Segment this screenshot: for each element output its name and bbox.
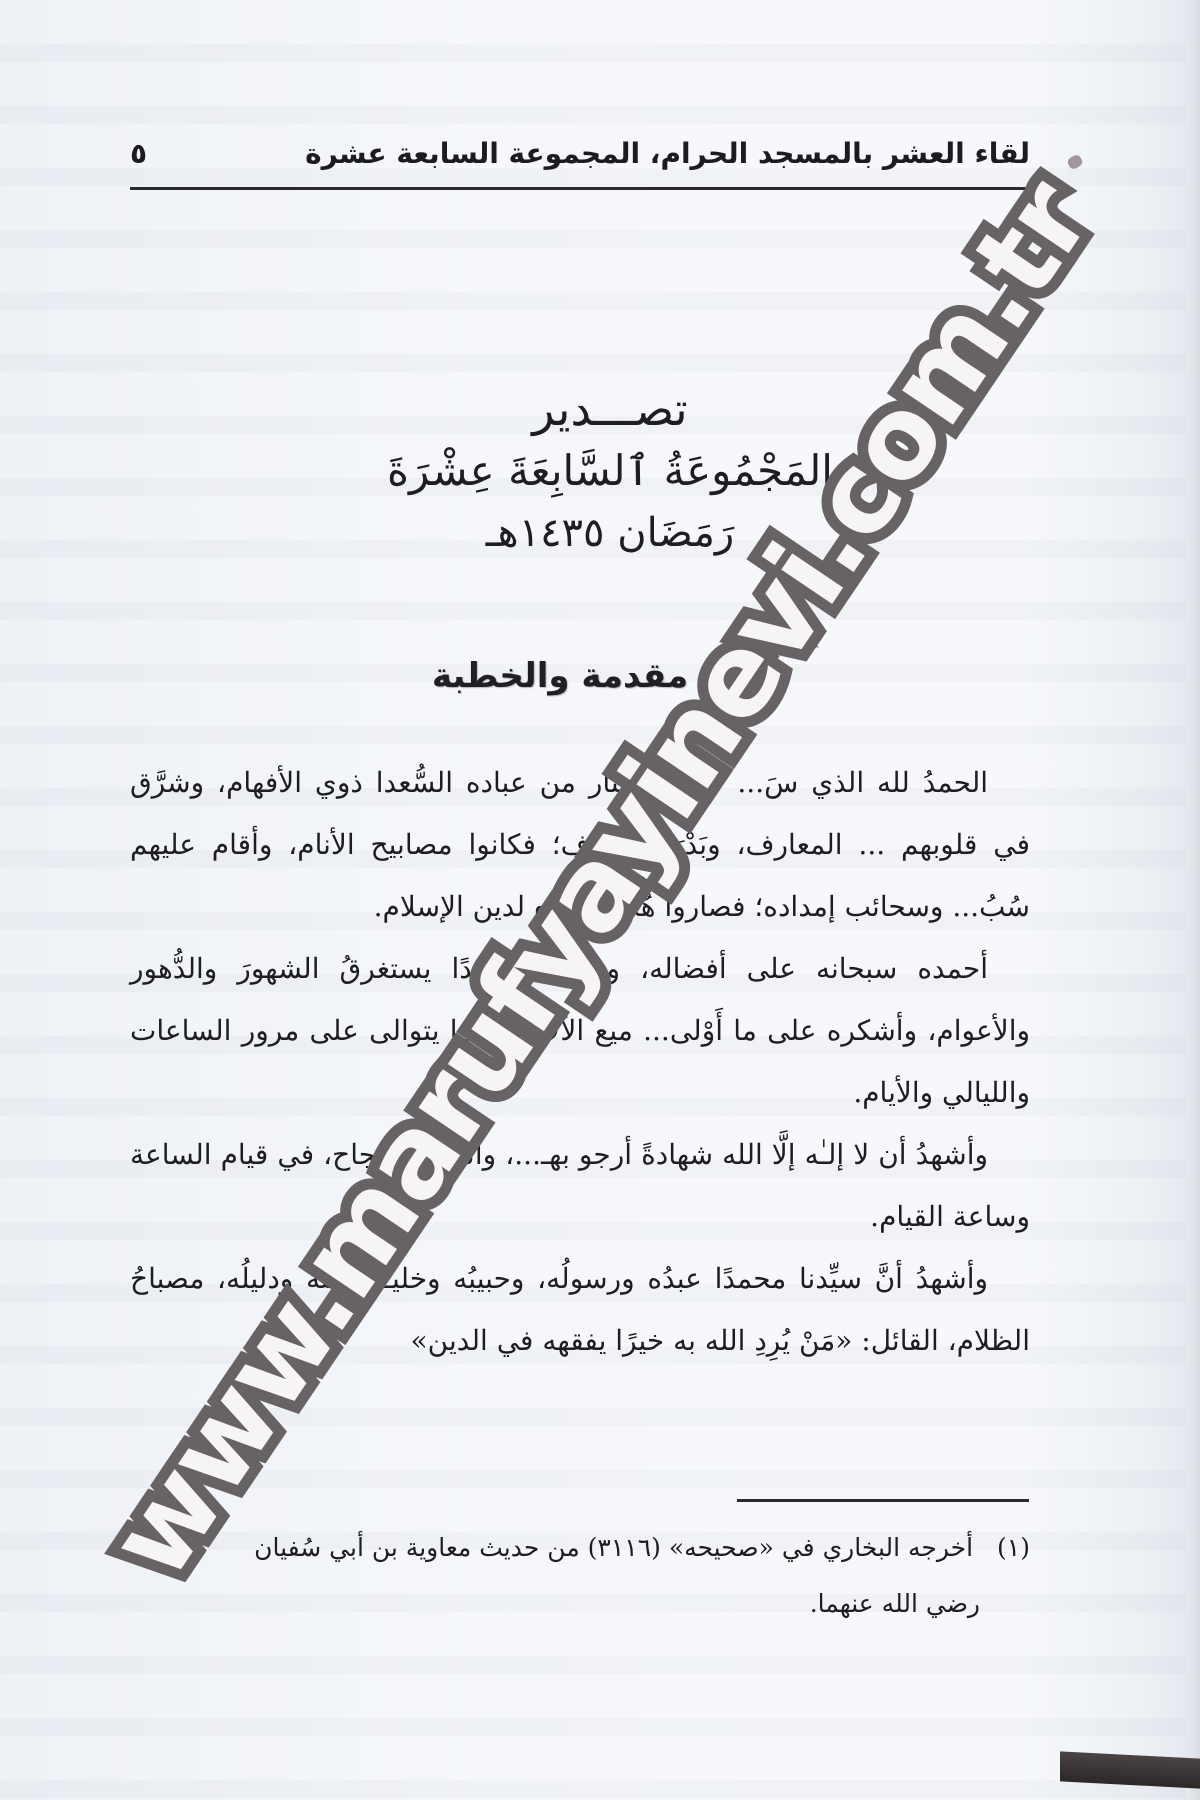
footnote-continuation: رضي الله عنهما.	[130, 1576, 1030, 1632]
page-number: ٥	[130, 137, 147, 170]
page-edge-shadow	[1186, 0, 1200, 1800]
chapter-title: تصـــدير	[330, 378, 890, 440]
paragraph: الحمدُ لله الذي سَ... عَلَّمَ، واختار من…	[130, 752, 1030, 938]
footnote: (١) أخرجه البخاري في «صحيحه» (٣١١٦) من ح…	[130, 1520, 1030, 1632]
section-heading: مقدمة والخطبة	[330, 656, 790, 696]
chapter-date: رَمَضَان ١٤٣٥هـ	[330, 502, 890, 564]
paragraph: وأشهدُ أنَّ سيِّدنا محمدًا عبدُه ورسولُه…	[130, 1248, 1030, 1372]
chapter-subtitle: المَجْمُوعَةُ ٱلسَّابِعَةَ عِشْرَةَ	[330, 440, 890, 502]
header-rule	[130, 187, 1030, 190]
body-text: الحمدُ لله الذي سَ... عَلَّمَ، واختار من…	[130, 752, 1030, 1372]
book-cover-edge	[1060, 1751, 1200, 1788]
ink-speck	[1066, 153, 1084, 170]
footnotes: (١) أخرجه البخاري في «صحيحه» (٣١١٦) من ح…	[130, 1520, 1030, 1632]
title-block: تصـــدير المَجْمُوعَةُ ٱلسَّابِعَةَ عِشْ…	[330, 378, 890, 564]
footnote-text: أخرجه البخاري في «صحيحه» (٣١١٦) من حديث …	[254, 1533, 973, 1562]
footnote-rule	[737, 1499, 1029, 1502]
running-title: لقاء العشر بالمسجد الحرام، المجموعة السا…	[305, 137, 1030, 170]
paragraph: وأشهدُ أن لا إلـٰه إلَّا الله شهادةً أرج…	[130, 1124, 1030, 1248]
book-page: لقاء العشر بالمسجد الحرام، المجموعة السا…	[0, 0, 1200, 1800]
running-header: لقاء العشر بالمسجد الحرام، المجموعة السا…	[130, 128, 1030, 178]
footnote-number: (١)	[997, 1533, 1030, 1562]
paragraph: أحمده سبحانه على أفضاله، ومزي... حمدًا ي…	[130, 938, 1030, 1124]
